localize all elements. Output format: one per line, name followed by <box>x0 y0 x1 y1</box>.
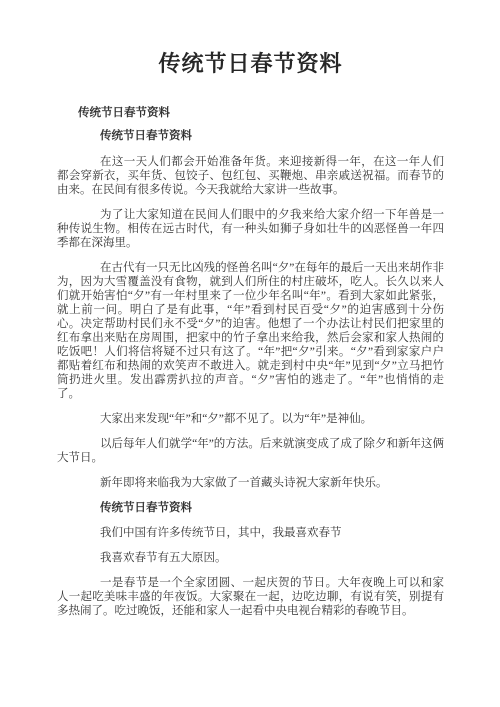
paragraph-reason-one-reunion: 一是春节是一个全家团圆、一起庆贺的节日。大年夜晚上可以和家人一起吃美味丰盛的年夜… <box>57 576 444 618</box>
paragraph-favorite-festival: 我们中国有许多传统节日，其中，我最喜欢春节 <box>57 526 444 540</box>
paragraph-five-reasons: 我喜欢春节有五大原因。 <box>57 551 444 565</box>
paragraph-legend-of-xi: 在古代有一只无比凶残的怪兽名叫“夕”在每年的最后一天出来胡作非为，因为大雪覆盖没… <box>57 261 444 401</box>
section-heading-repeat: 传统节日春节资料 <box>57 501 444 515</box>
paragraph-festival-origin: 以后每年人们就学“年”的方法。后来就演变成了成了除夕和新年这俩大节日。 <box>57 437 444 465</box>
paragraph-nian-immortal: 大家出来发现“年”和“夕”都不见了。以为“年”是神仙。 <box>57 412 444 426</box>
paragraph-preparing-goods: 在这一天人们都会开始准备年货。来迎接新得一年，在这一年人们都会穿新衣，买年货、包… <box>57 155 444 197</box>
paragraph-intro-nian-beast: 为了让大家知道在民间人们眼中的夕我来给大家介绍一下年兽是一种传说生物。相传在远古… <box>57 208 444 250</box>
document-subtitle-2: 传统节日春节资料 <box>100 129 444 143</box>
document-title: 传统节日春节资料 <box>57 0 444 80</box>
document-subtitle-1: 传统节日春节资料 <box>78 106 444 120</box>
document-page: 传统节日春节资料 传统节日春节资料 传统节日春节资料 在这一天人们都会开始准备年… <box>0 0 500 707</box>
paragraph-new-year-poem: 新年即将来临我为大家做了一首藏头诗祝大家新年快乐。 <box>57 476 444 490</box>
